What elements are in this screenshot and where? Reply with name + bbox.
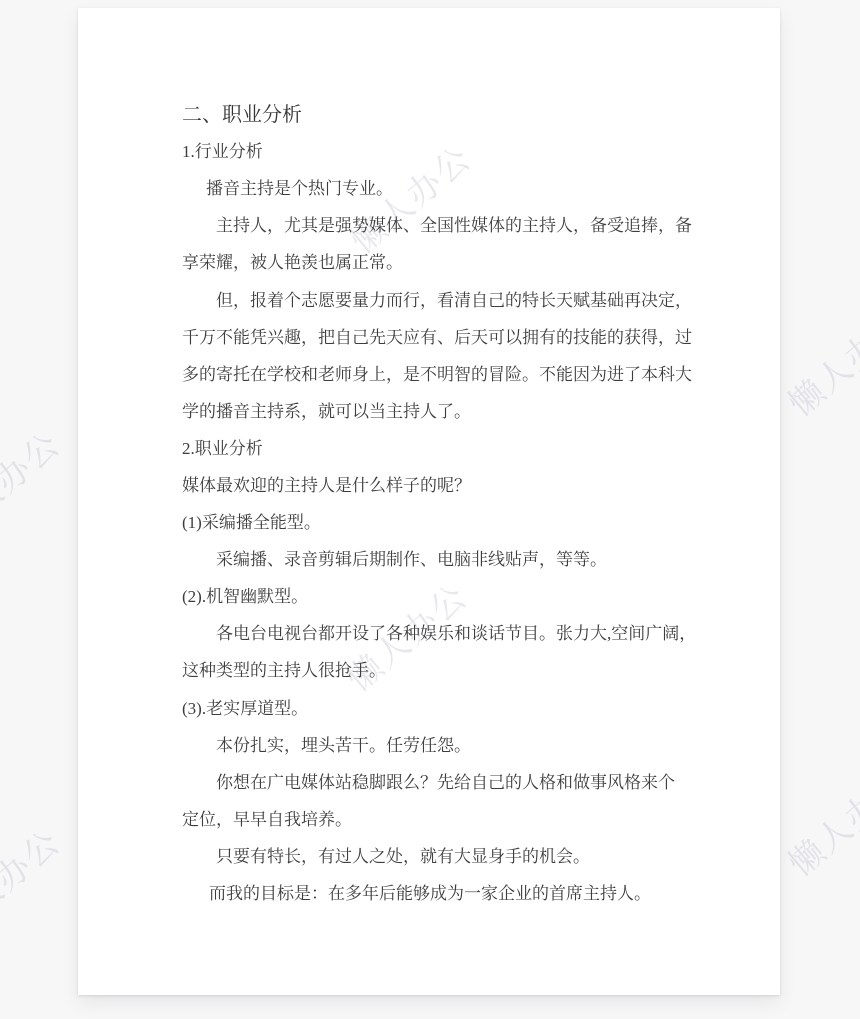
watermark-text: 懒人办公 xyxy=(784,304,860,423)
doc-list-item: (1)采编播全能型。 xyxy=(182,502,684,539)
doc-paragraph-line: 只要有特长，有过人之处，就有大显身手的机会。 xyxy=(182,836,684,873)
doc-paragraph-line: 而我的目标是：在多年后能够成为一家企业的首席主持人。 xyxy=(182,873,684,910)
doc-paragraph-line: 播音主持是个热门专业。 xyxy=(182,168,684,205)
doc-paragraph-line: 定位，早早自我培养。 xyxy=(182,799,684,836)
doc-paragraph-line: 本份扎实，埋头苦干。任劳任怨。 xyxy=(182,725,684,762)
doc-paragraph-line: 多的寄托在学校和老师身上，是不明智的冒险。不能因为进了本科大 xyxy=(182,354,684,391)
doc-paragraph-line: 享荣耀，被人艳羡也属正常。 xyxy=(182,242,684,279)
doc-list-item: (2).机智幽默型。 xyxy=(182,576,684,613)
watermark-text: 懒人办公 xyxy=(0,427,67,546)
doc-paragraph-line: 千万不能凭兴趣，把自己先天应有、后天可以拥有的技能的获得，过 xyxy=(182,317,684,354)
doc-list-item: (3).老实厚道型。 xyxy=(182,688,684,725)
watermark-text: 懒人办公 xyxy=(0,825,67,944)
document-content: 二、职业分析 1.行业分析 播音主持是个热门专业。 主持人，尤其是强势媒体、全国… xyxy=(78,8,780,910)
doc-paragraph-line: 这种类型的主持人很抢手。 xyxy=(182,650,684,687)
doc-paragraph-line: 学的播音主持系，就可以当主持人了。 xyxy=(182,391,684,428)
watermark-text: 懒人办公 xyxy=(784,764,860,883)
doc-paragraph-line: 但，报着个志愿要量力而行，看清自己的特长天赋基础再决定， xyxy=(182,279,684,316)
doc-subheading: 2.职业分析 xyxy=(182,428,684,465)
doc-heading: 二、职业分析 xyxy=(182,94,684,131)
doc-subheading: 1.行业分析 xyxy=(182,131,684,168)
doc-paragraph-line: 采编播、录音剪辑后期制作、电脑非线贴声，等等。 xyxy=(182,539,684,576)
document-viewer-canvas: 懒人办公 懒人办公 懒人办公 懒人办公 懒人办公 懒人办公 二、职业分析 1.行… xyxy=(0,0,860,1019)
doc-paragraph-line: 媒体最欢迎的主持人是什么样子的呢？ xyxy=(182,465,684,502)
doc-paragraph-line: 各电台电视台都开设了各种娱乐和谈话节目。张力大,空间广阔， xyxy=(182,613,684,650)
document-page: 懒人办公 懒人办公 二、职业分析 1.行业分析 播音主持是个热门专业。 主持人，… xyxy=(78,8,780,995)
doc-paragraph-line: 主持人，尤其是强势媒体、全国性媒体的主持人，备受追捧，备 xyxy=(182,205,684,242)
doc-paragraph-line: 你想在广电媒体站稳脚跟么？先给自己的人格和做事风格来个 xyxy=(182,762,684,799)
